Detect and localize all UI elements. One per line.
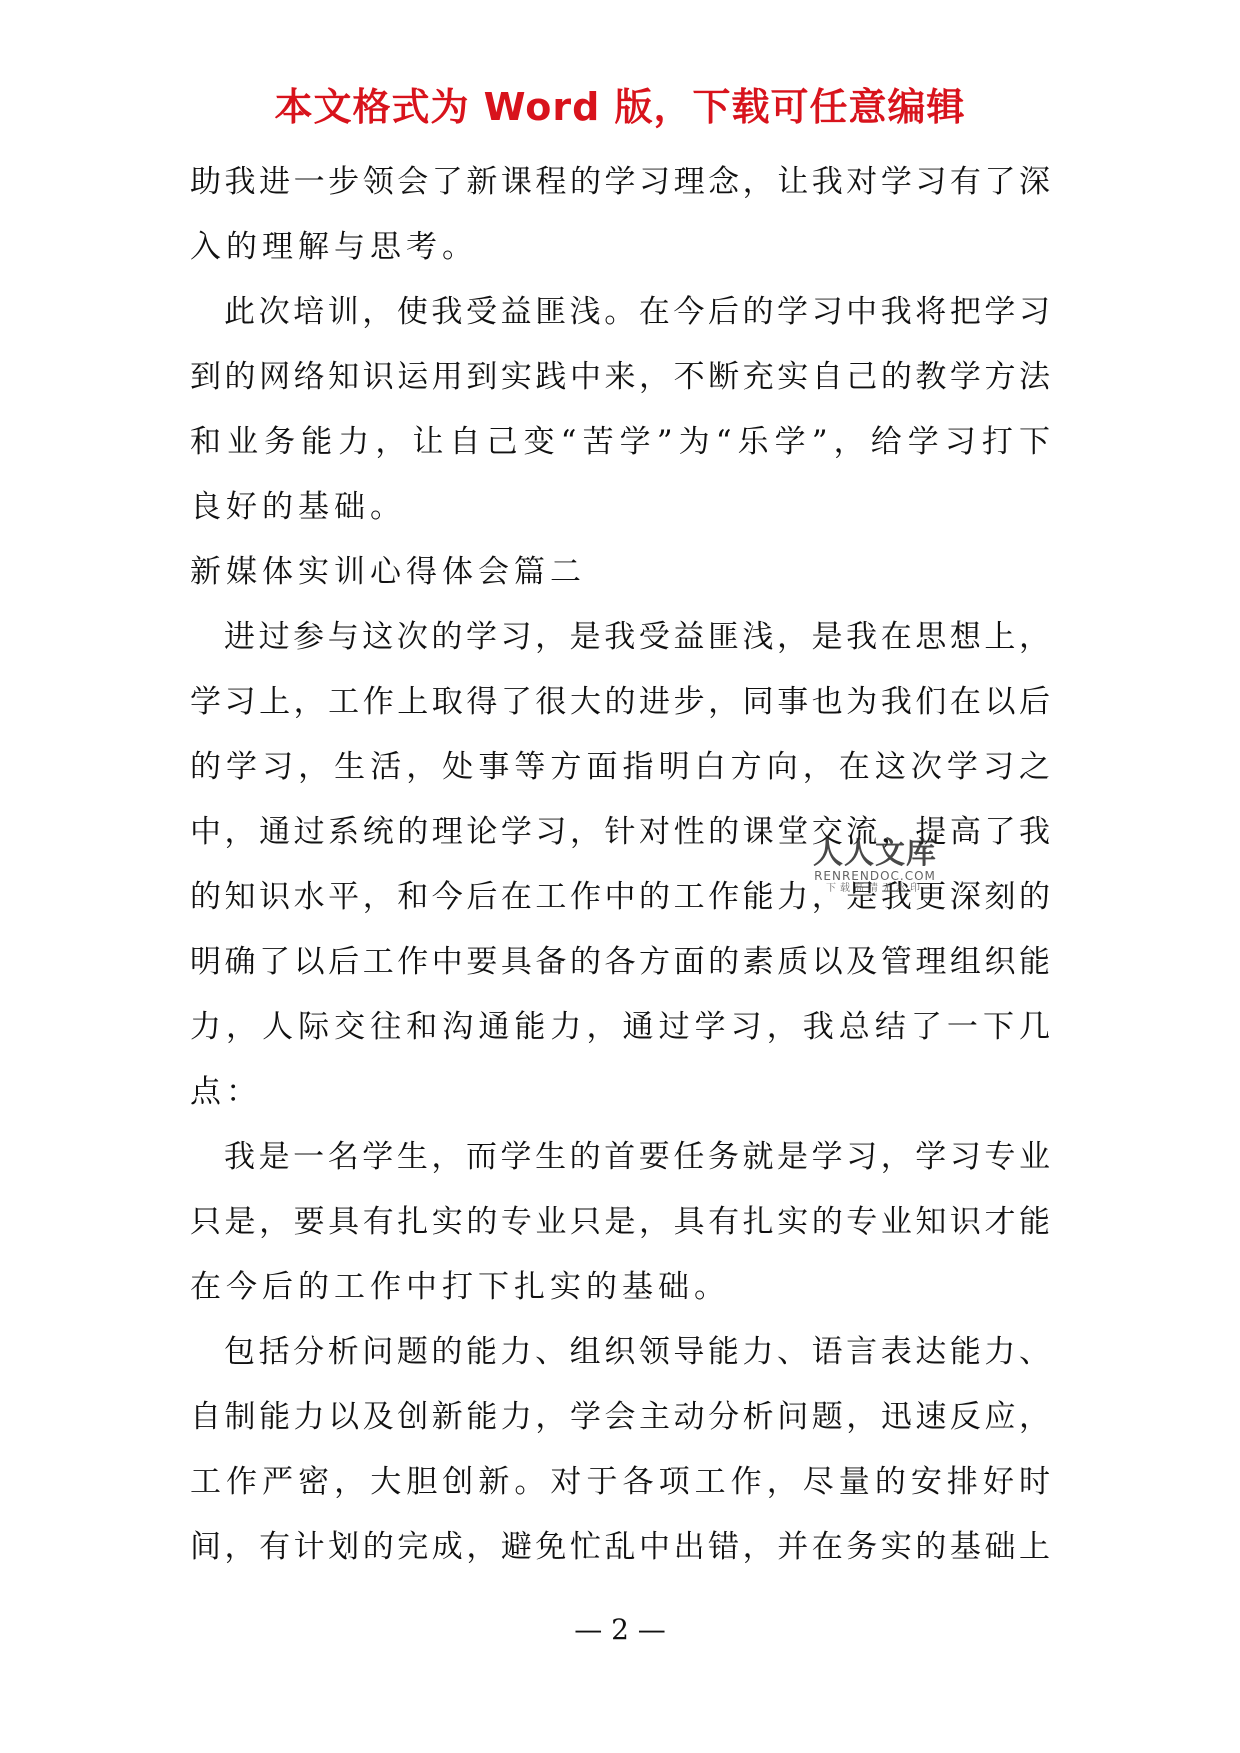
text-line: 入的理解与思考。	[190, 215, 1050, 280]
text-line: 中，通过系统的理论学习，针对性的课堂交流，提高了我	[190, 800, 1050, 865]
text-line: 的知识水平，和今后在工作中的工作能力，是我更深刻的	[190, 865, 1050, 930]
text-line: 在今后的工作中打下扎实的基础。	[190, 1255, 1050, 1320]
text-line: 只是，要具有扎实的专业只是，具有扎实的专业知识才能	[190, 1190, 1050, 1255]
format-notice-banner: 本文格式为 Word 版，下载可任意编辑	[0, 82, 1240, 132]
text-line: 良好的基础。	[190, 475, 1050, 540]
text-line: 和业务能力，让自己变“苦学”为“乐学”，给学习打下	[190, 410, 1050, 475]
text-line: 助我进一步领会了新课程的学习理念，让我对学习有了深	[190, 150, 1050, 215]
section-heading: 新媒体实训心得体会篇二	[190, 540, 1050, 605]
text-line: 工作严密，大胆创新。对于各项工作，尽量的安排好时	[190, 1450, 1050, 1515]
document-body: 助我进一步领会了新课程的学习理念，让我对学习有了深 入的理解与思考。 此次培训，…	[190, 150, 1050, 1580]
text-line: 的学习，生活，处事等方面指明白方向，在这次学习之	[190, 735, 1050, 800]
text-line: 我是一名学生，而学生的首要任务就是学习，学习专业	[190, 1125, 1050, 1190]
text-line: 此次培训，使我受益匪浅。在今后的学习中我将把学习	[190, 280, 1050, 345]
text-line: 学习上，工作上取得了很大的进步，同事也为我们在以后	[190, 670, 1050, 735]
text-line: 力，人际交往和沟通能力，通过学习，我总结了一下几	[190, 995, 1050, 1060]
text-line: 明确了以后工作中要具备的各方面的素质以及管理组织能	[190, 930, 1050, 995]
text-line: 点：	[190, 1060, 1050, 1125]
text-line: 进过参与这次的学习，是我受益匪浅，是我在思想上，	[190, 605, 1050, 670]
text-line: 自制能力以及创新能力，学会主动分析问题，迅速反应，	[190, 1385, 1050, 1450]
text-line: 到的网络知识运用到实践中来，不断充实自己的教学方法	[190, 345, 1050, 410]
text-line: 间，有计划的完成，避免忙乱中出错，并在务实的基础上	[190, 1515, 1050, 1580]
page-number: — 2 —	[0, 1610, 1240, 1650]
text-line: 包括分析问题的能力、组织领导能力、语言表达能力、	[190, 1320, 1050, 1385]
